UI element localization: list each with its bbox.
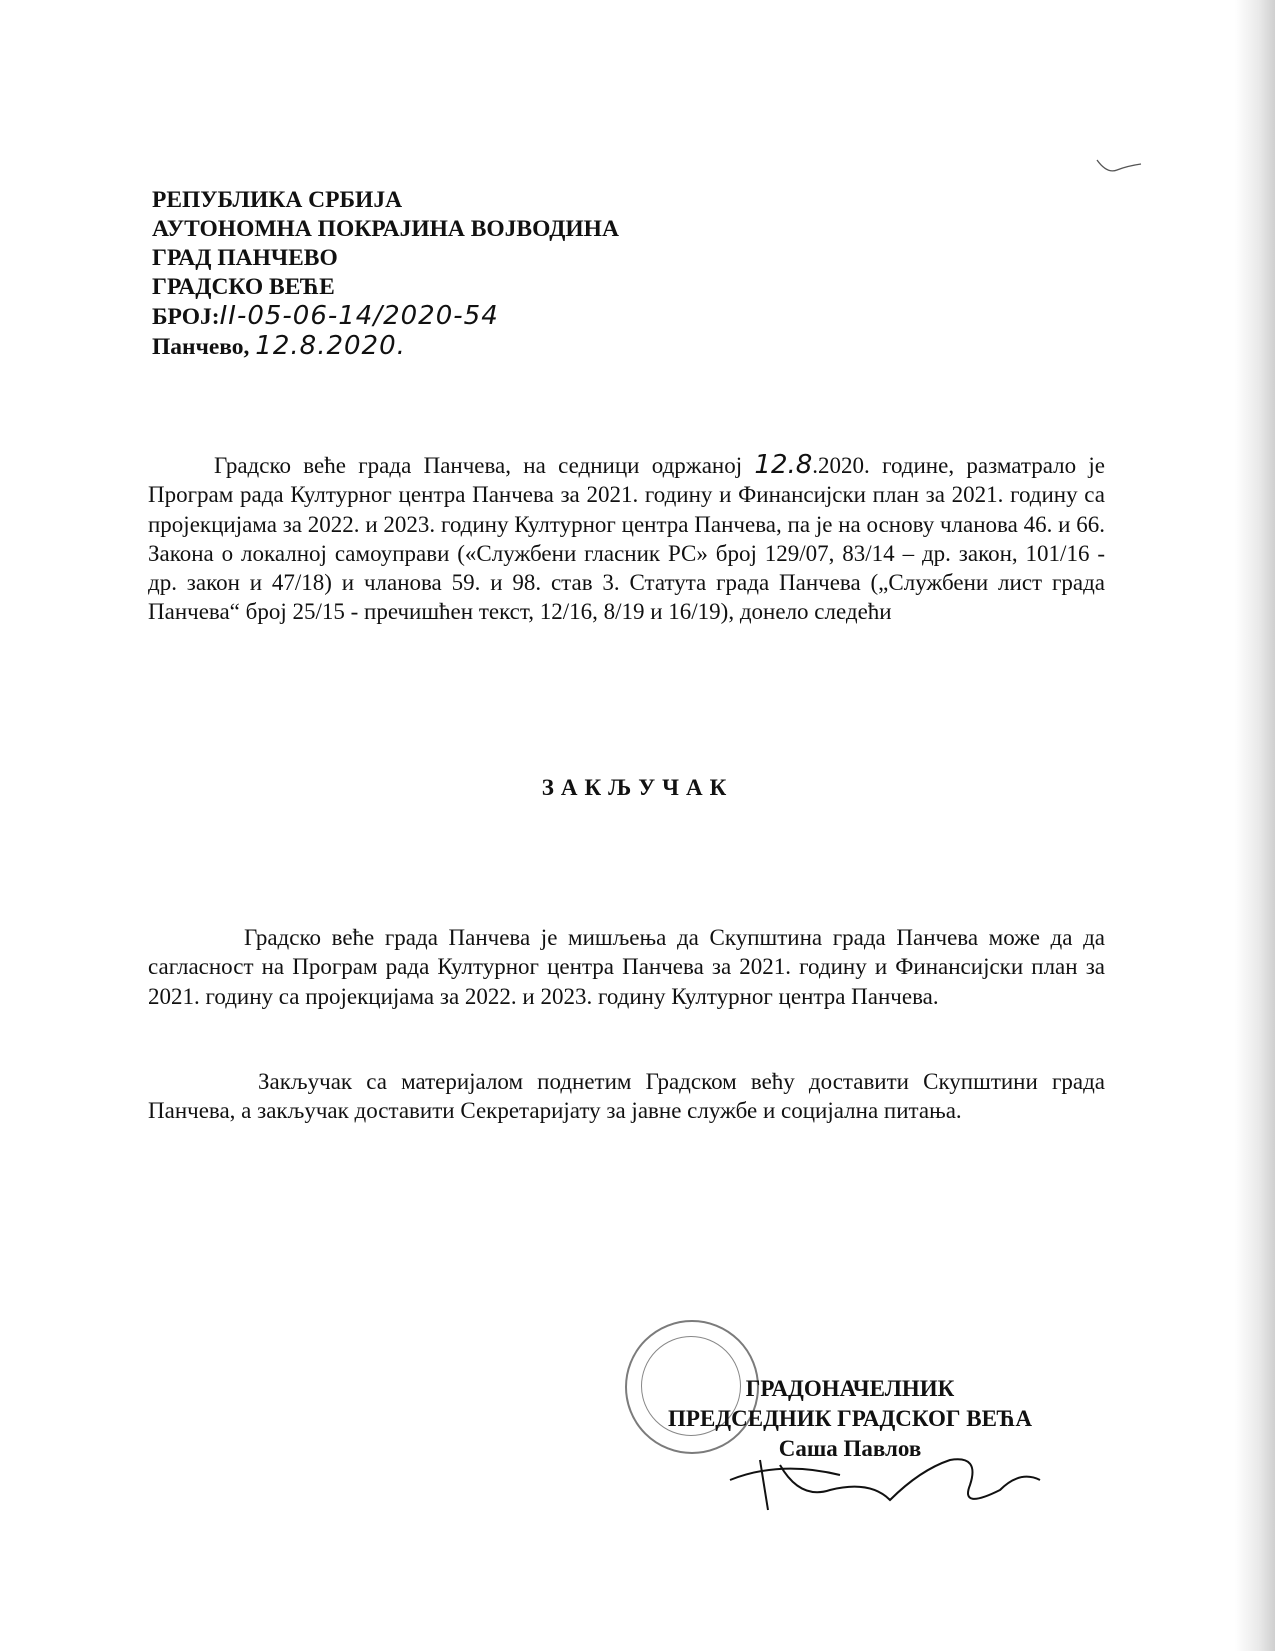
delivery-paragraph: Закључак са материјалом поднетим Градско…	[148, 1067, 1105, 1126]
header-number: БРОЈ:II-05-06-14/2020-54	[152, 302, 619, 332]
header-place-date: Панчево, 12.8.2020.	[152, 332, 619, 362]
pen-mark-icon	[1095, 158, 1145, 178]
handwritten-date: 12.8.2020.	[255, 331, 406, 361]
document-header: РЕПУБЛИКА СРБИЈА АУТОНОМНА ПОКРАЈИНА ВОЈ…	[152, 186, 619, 362]
document-page: РЕПУБЛИКА СРБИЈА АУТОНОМНА ПОКРАЈИНА ВОЈ…	[0, 0, 1275, 1651]
handwritten-session-date: 12.8	[754, 450, 812, 480]
header-council: ГРАДСКО ВЕЋЕ	[152, 273, 619, 302]
header-province: АУТОНОМНА ПОКРАЈИНА ВОЈВОДИНА	[152, 215, 619, 244]
document-title: ЗАКЉУЧАК	[0, 775, 1275, 801]
page-edge-shadow	[1235, 0, 1275, 1651]
conclusion-paragraph: Градско веће града Панчева је мишљења да…	[148, 923, 1105, 1011]
header-city: ГРАД ПАНЧЕВО	[152, 244, 619, 273]
signature-role-president: ПРЕДСЕДНИК ГРАДСКОГ ВЕЋА	[620, 1404, 1080, 1434]
handwritten-signature-icon	[720, 1440, 1050, 1520]
signature-role-mayor: ГРАДОНАЧЕЛНИК	[620, 1374, 1080, 1404]
handwritten-number: II-05-06-14/2020-54	[220, 301, 499, 331]
header-republic: РЕПУБЛИКА СРБИЈА	[152, 186, 619, 215]
intro-paragraph: Градско веће града Панчева, на седници о…	[148, 451, 1105, 627]
